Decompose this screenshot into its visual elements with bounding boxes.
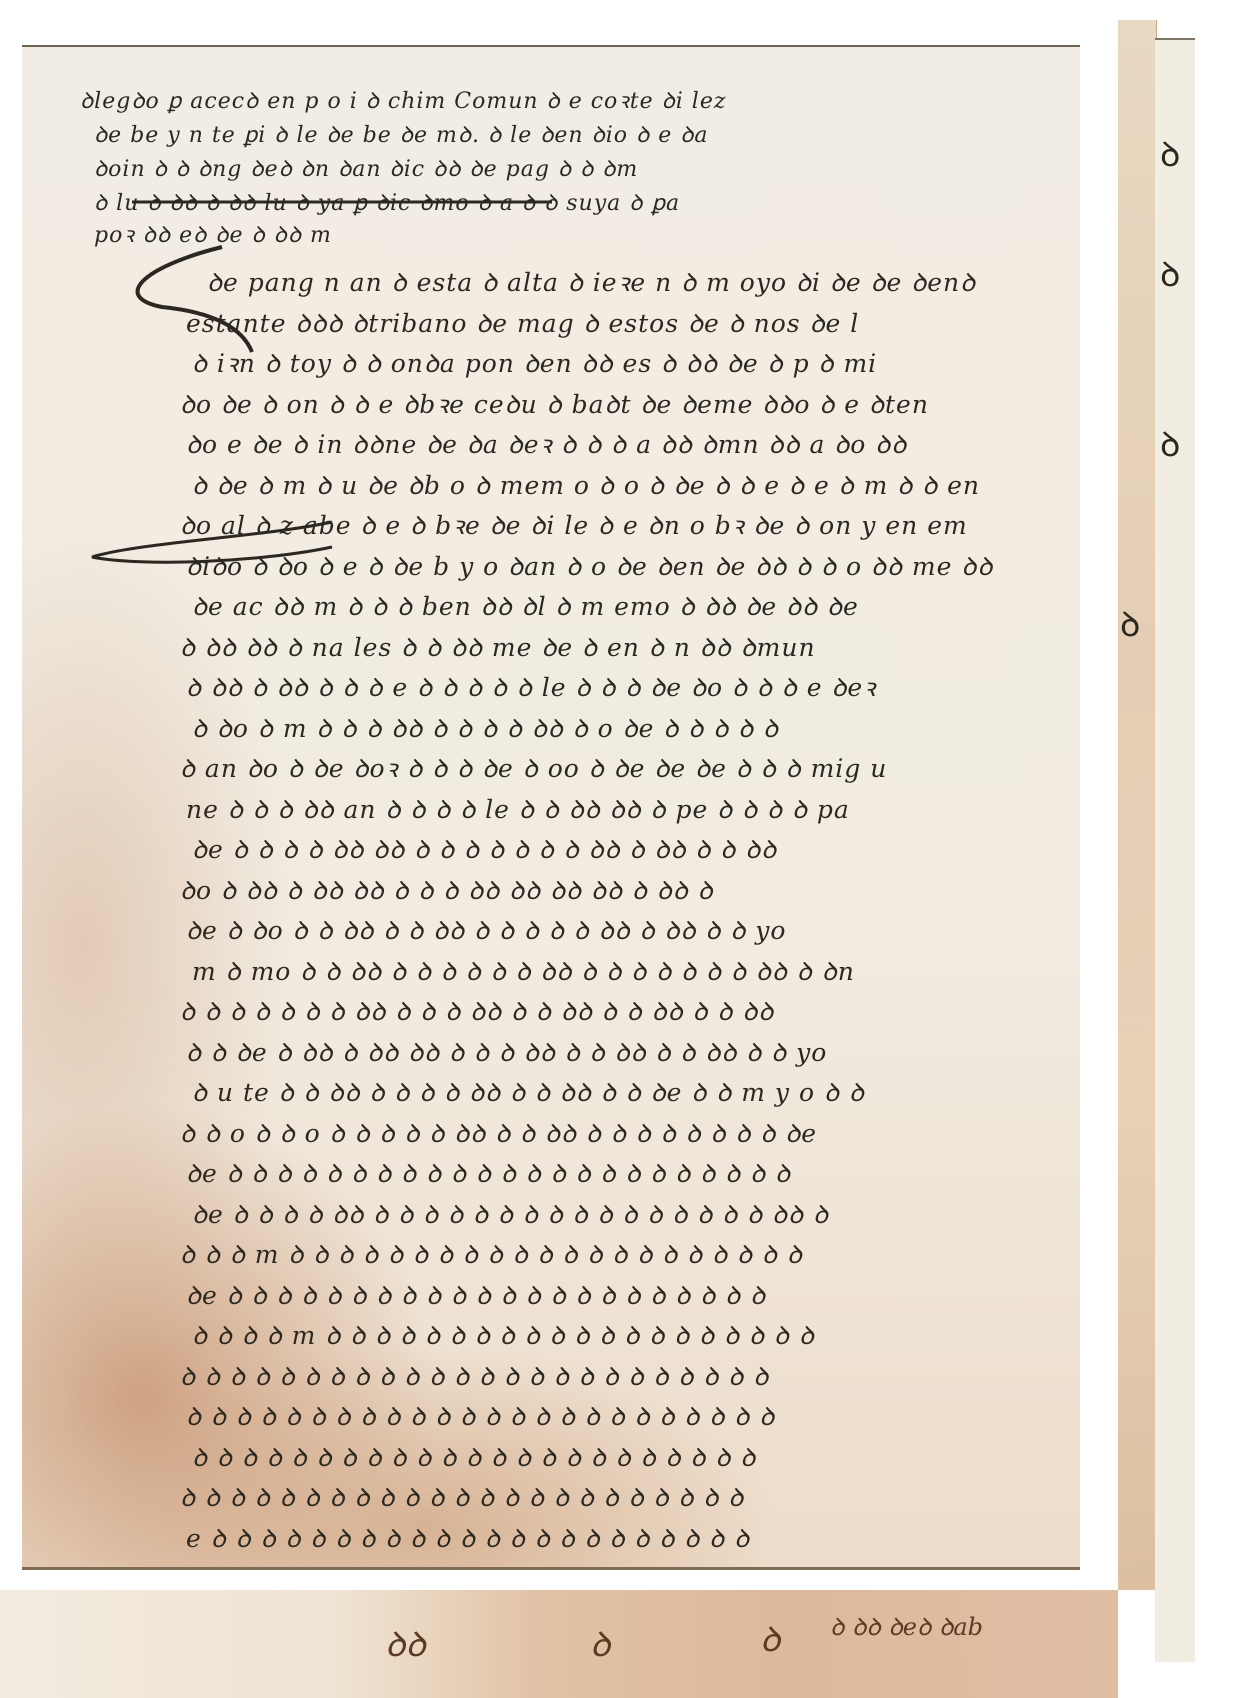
manuscript-line: ꝺ iꝛn ꝺ toy ꝺ ꝺ onꝺa pon ꝺen ꝺꝺ es ꝺ ꝺꝺ … bbox=[192, 346, 877, 380]
margin-mark: ꝺ bbox=[1160, 420, 1180, 466]
manuscript-line: ꝺe ꝺ ꝺ ꝺ ꝺ ꝺ ꝺ ꝺ ꝺ ꝺ ꝺ ꝺ ꝺ ꝺ ꝺ ꝺ ꝺ ꝺ ꝺ ꝺ… bbox=[186, 1156, 791, 1190]
adjacent-folio-edge bbox=[1118, 20, 1157, 1590]
manuscript-line: m ꝺ mo ꝺ ꝺ ꝺꝺ ꝺ ꝺ ꝺ ꝺ ꝺ ꝺ ꝺꝺ ꝺ ꝺ ꝺ ꝺ ꝺ ꝺ… bbox=[192, 954, 855, 988]
manuscript-line: ꝺ ꝺ ꝺ m ꝺ ꝺ ꝺ ꝺ ꝺ ꝺ ꝺ ꝺ ꝺ ꝺ ꝺ ꝺ ꝺ ꝺ ꝺ ꝺ … bbox=[180, 1237, 803, 1271]
manuscript-line: ne ꝺ ꝺ ꝺ ꝺꝺ an ꝺ ꝺ ꝺ ꝺ le ꝺ ꝺ ꝺꝺ ꝺꝺ ꝺ pe… bbox=[186, 792, 850, 826]
manuscript-line: ꝺe pang n an ꝺ esta ꝺ alta ꝺ ieꝛe n ꝺ m … bbox=[207, 265, 976, 299]
manuscript-line: ꝺo ꝺ ꝺꝺ ꝺ ꝺꝺ ꝺꝺ ꝺ ꝺ ꝺ ꝺꝺ ꝺꝺ ꝺꝺ ꝺꝺ ꝺ ꝺꝺ ꝺ bbox=[180, 873, 714, 907]
margin-mark: ꝺ bbox=[1120, 600, 1140, 646]
manuscript-line: ꝺ ꝺ ꝺe ꝺ ꝺꝺ ꝺ ꝺꝺ ꝺꝺ ꝺ ꝺ ꝺ ꝺꝺ ꝺ ꝺ ꝺꝺ ꝺ ꝺ … bbox=[186, 1035, 827, 1069]
manuscript-line: ꝺ ꝺ ꝺ ꝺ m ꝺ ꝺ ꝺ ꝺ ꝺ ꝺ ꝺ ꝺ ꝺ ꝺ ꝺ ꝺ ꝺ ꝺ ꝺ … bbox=[192, 1318, 815, 1352]
manuscript-line: estante ꝺꝺꝺ ꝺtribano ꝺe mag ꝺ estos ꝺe ꝺ… bbox=[186, 306, 859, 340]
manuscript-page: ꝺlegꝺo ꝑ acecꝺ en p o i ꝺ chim Comun ꝺ e… bbox=[22, 45, 1082, 1570]
signature: ꝺ bbox=[590, 1620, 610, 1666]
manuscript-line: ꝺiꝺo ꝺ ꝺo ꝺ e ꝺ ꝺe b y o ꝺan ꝺ o ꝺe ꝺen … bbox=[186, 549, 993, 583]
manuscript-line: e ꝺ ꝺ ꝺ ꝺ ꝺ ꝺ ꝺ ꝺ ꝺ ꝺ ꝺ ꝺ ꝺ ꝺ ꝺ ꝺ ꝺ ꝺ ꝺ … bbox=[186, 1521, 750, 1555]
manuscript-line: ꝺ an ꝺo ꝺ ꝺe ꝺoꝛ ꝺ ꝺ ꝺ ꝺe ꝺ oo ꝺ ꝺe ꝺe ꝺ… bbox=[180, 751, 887, 785]
manuscript-line: ꝺe ꝺ ꝺo ꝺ ꝺ ꝺꝺ ꝺ ꝺ ꝺꝺ ꝺ ꝺ ꝺ ꝺ ꝺ ꝺꝺ ꝺ ꝺꝺ … bbox=[186, 913, 786, 947]
manuscript-line: ꝺ ꝺꝺ ꝺ ꝺꝺ ꝺ ꝺ ꝺ e ꝺ ꝺ ꝺ ꝺ ꝺ le ꝺ ꝺ ꝺ ꝺe … bbox=[186, 670, 876, 704]
signature: ꝺ bbox=[760, 1615, 780, 1661]
signature: ꝺ ꝺꝺ ꝺeꝺ ꝺab bbox=[830, 1610, 983, 1643]
header-line: ꝺlegꝺo ꝑ acecꝺ en p o i ꝺ chim Comun ꝺ e… bbox=[80, 85, 726, 115]
manuscript-line: ꝺo e ꝺe ꝺ in ꝺꝺne ꝺe ꝺa ꝺeꝛ ꝺ ꝺ ꝺ a ꝺꝺ ꝺ… bbox=[186, 427, 907, 461]
margin-mark: ꝺ bbox=[1160, 130, 1180, 176]
manuscript-line: ꝺe ꝺ ꝺ ꝺ ꝺ ꝺꝺ ꝺꝺ ꝺ ꝺ ꝺ ꝺ ꝺ ꝺ ꝺ ꝺꝺ ꝺ ꝺꝺ ꝺ… bbox=[192, 832, 777, 866]
manuscript-line: ꝺ ꝺ ꝺ ꝺ ꝺ ꝺ ꝺ ꝺ ꝺ ꝺ ꝺ ꝺ ꝺ ꝺ ꝺ ꝺ ꝺ ꝺ ꝺ ꝺ … bbox=[180, 1480, 744, 1514]
manuscript-line: ꝺ u te ꝺ ꝺ ꝺꝺ ꝺ ꝺ ꝺ ꝺ ꝺꝺ ꝺ ꝺ ꝺꝺ ꝺ ꝺ ꝺe ꝺ… bbox=[192, 1075, 865, 1109]
page-frame-gap bbox=[1080, 30, 1110, 1590]
signature: ꝺꝺ bbox=[385, 1620, 426, 1666]
manuscript-line: ꝺ ꝺ ꝺ ꝺ ꝺ ꝺ ꝺ ꝺꝺ ꝺ ꝺ ꝺ ꝺꝺ ꝺ ꝺ ꝺꝺ ꝺ ꝺ ꝺꝺ … bbox=[180, 994, 774, 1028]
manuscript-line: ꝺ ꝺꝺ ꝺꝺ ꝺ na les ꝺ ꝺ ꝺꝺ me ꝺe ꝺ en ꝺ n ꝺ… bbox=[180, 630, 816, 664]
manuscript-line: ꝺo ꝺe ꝺ on ꝺ ꝺ e ꝺbꝛe ceꝺu ꝺ baꝺt ꝺe ꝺem… bbox=[180, 387, 929, 421]
header-line: ꝺe be y n te ꝑi ꝺ le ꝺe be ꝺe mꝺ. ꝺ le ꝺ… bbox=[94, 119, 709, 149]
manuscript-line: ꝺe ꝺ ꝺ ꝺ ꝺ ꝺꝺ ꝺ ꝺ ꝺ ꝺ ꝺ ꝺ ꝺ ꝺ ꝺ ꝺ ꝺ ꝺ ꝺ … bbox=[192, 1197, 829, 1231]
underline-flourish-icon bbox=[112, 177, 572, 217]
manuscript-line: ꝺe ac ꝺꝺ m ꝺ ꝺ ꝺ ben ꝺꝺ ꝺl ꝺ m emo ꝺ ꝺꝺ … bbox=[192, 589, 859, 623]
manuscript-line: ꝺe ꝺ ꝺ ꝺ ꝺ ꝺ ꝺ ꝺ ꝺ ꝺ ꝺ ꝺ ꝺ ꝺ ꝺ ꝺ ꝺ ꝺ ꝺ ꝺ… bbox=[186, 1278, 766, 1312]
manuscript-line: ꝺ ꝺ ꝺ ꝺ ꝺ ꝺ ꝺ ꝺ ꝺ ꝺ ꝺ ꝺ ꝺ ꝺ ꝺ ꝺ ꝺ ꝺ ꝺ ꝺ … bbox=[192, 1440, 756, 1474]
manuscript-line: ꝺ ꝺo ꝺ m ꝺ ꝺ ꝺ ꝺꝺ ꝺ ꝺ ꝺ ꝺ ꝺꝺ ꝺ o ꝺe ꝺ ꝺ … bbox=[192, 711, 779, 745]
manuscript-line: ꝺ ꝺ ꝺ ꝺ ꝺ ꝺ ꝺ ꝺ ꝺ ꝺ ꝺ ꝺ ꝺ ꝺ ꝺ ꝺ ꝺ ꝺ ꝺ ꝺ … bbox=[186, 1399, 775, 1433]
manuscript-line: ꝺ ꝺ ꝺ ꝺ ꝺ ꝺ ꝺ ꝺ ꝺ ꝺ ꝺ ꝺ ꝺ ꝺ ꝺ ꝺ ꝺ ꝺ ꝺ ꝺ … bbox=[180, 1359, 769, 1393]
manuscript-line: ꝺ ꝺe ꝺ m ꝺ u ꝺe ꝺb o ꝺ mem o ꝺ o ꝺ ꝺe ꝺ … bbox=[192, 468, 980, 502]
manuscript-line: ꝺo al ꝺ z abe ꝺ e ꝺ bꝛe ꝺe ꝺi le ꝺ e ꝺn … bbox=[180, 508, 968, 542]
margin-mark: ꝺ bbox=[1160, 250, 1180, 296]
underlying-sheet-bottom bbox=[0, 1590, 1118, 1698]
manuscript-line: ꝺ ꝺ o ꝺ ꝺ o ꝺ ꝺ ꝺ ꝺ ꝺ ꝺꝺ ꝺ ꝺ ꝺꝺ ꝺ ꝺ ꝺ ꝺ … bbox=[180, 1116, 817, 1150]
